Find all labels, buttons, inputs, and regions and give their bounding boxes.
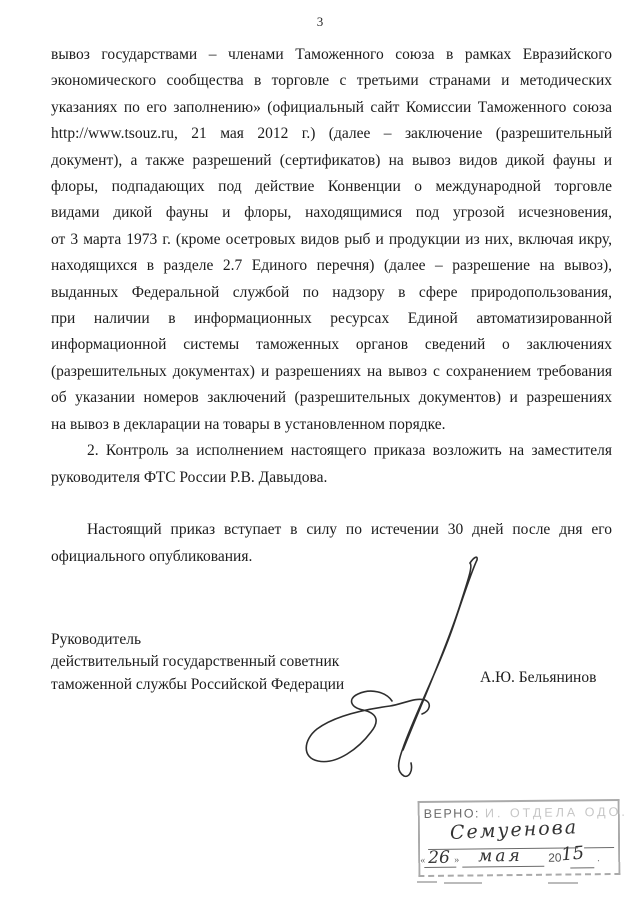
certification-stamp: ВЕРНО: И. ОТДЕЛА ОДО. Семуенова « 26 » м… <box>418 799 621 877</box>
text-line: информационной системы таможенных органо… <box>51 332 612 358</box>
stamp-stray-mark <box>444 882 482 884</box>
text-line: документ), а также разрешений (сертифика… <box>51 148 612 174</box>
document-body: вывоз государствами – членами Таможенног… <box>51 42 612 570</box>
document-page: { "page": { "number": "3" }, "body": { "… <box>0 0 640 905</box>
stamp-end-mark: . <box>597 853 600 864</box>
text-line: 2. Контроль за исполнением настоящего пр… <box>51 438 612 464</box>
stamp-stray-mark <box>548 882 578 884</box>
stamp-quote-close: » <box>454 855 459 866</box>
text-line: флоры, подпадающих под действие Конвенци… <box>51 174 612 200</box>
page-number: 3 <box>0 14 640 30</box>
text-line: Настоящий приказ вступает в силу по исте… <box>51 517 612 543</box>
stamp-year-underline <box>570 867 594 868</box>
text-line: от 3 марта 1973 г. (кроме осетровых видо… <box>51 227 612 253</box>
paragraph-continuation: вывоз государствами – членами Таможенног… <box>51 42 612 438</box>
paragraph-entry-into-force: Настоящий приказ вступает в силу по исте… <box>51 517 612 570</box>
text-line: руководителя ФТС России Р.В. Давыдова. <box>51 465 612 491</box>
stamp-day: 26 <box>428 848 450 868</box>
text-line: действительный государственный советник <box>51 651 344 673</box>
signee-name: А.Ю. Бельянинов <box>480 669 596 687</box>
stamp-stray-mark <box>417 881 437 883</box>
text-line: http://www.tsouz.ru, 21 мая 2012 г.) (да… <box>51 121 612 147</box>
text-line: об указании номеров заключений (разрешит… <box>51 385 612 411</box>
stamp-year-handwritten: 15 <box>560 843 585 866</box>
text-line: выданных Федеральной службой по надзору … <box>51 280 612 306</box>
text-line: находящихся в разделе 2.7 Единого перечн… <box>51 253 612 279</box>
text-line: таможенной службы Российской Федерации <box>51 674 344 696</box>
stamp-name-underline-short <box>584 847 614 848</box>
text-line: экономического сообщества в торговле с т… <box>51 68 612 94</box>
signature-title-block: Руководительдействительный государственн… <box>51 629 344 696</box>
stamp-quote-open: « <box>420 855 425 866</box>
text-line: (разрешительных документах) и разрешения… <box>51 359 612 385</box>
text-line: вывоз государствами – членами Таможенног… <box>51 42 612 68</box>
text-line: Руководитель <box>51 629 344 651</box>
text-line: видами дикой фауны и флоры, находящимися… <box>51 200 612 226</box>
stamp-month: мая <box>478 846 523 866</box>
stamp-certified-label: ВЕРНО: <box>424 806 480 821</box>
stamp-day-underline <box>424 867 456 868</box>
stamp-year-printed: 20 <box>548 851 562 865</box>
stamp-handwritten-name: Семуенова <box>449 816 578 844</box>
text-line: официального опубликования. <box>51 544 612 570</box>
paragraph-item-2: 2. Контроль за исполнением настоящего пр… <box>51 438 612 491</box>
text-line: при наличии в информационных ресурсах Ед… <box>51 306 612 332</box>
text-line: указаниях по его заполнению» (официальны… <box>51 95 612 121</box>
stamp-month-underline <box>462 866 544 868</box>
text-line: на вывоз в декларации на товары в устано… <box>51 412 612 438</box>
